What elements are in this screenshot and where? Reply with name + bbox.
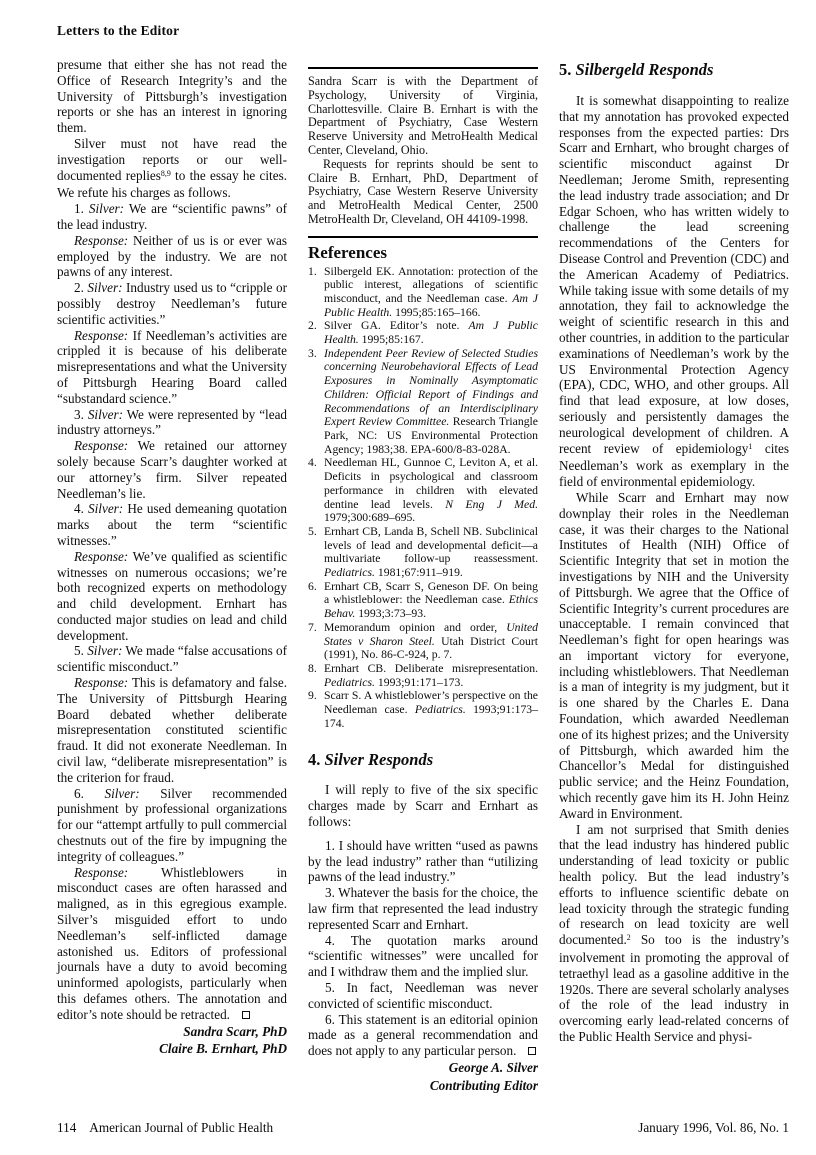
paragraph: 6. This statement is an editorial opinio… [308,1012,538,1059]
journal-page: Letters to the Editor presume that eithe… [0,0,816,1155]
footer-issue: January 1996, Vol. 86, No. 1 [638,1120,789,1136]
reference-item: 2.Silver GA. Editor’s note. Am J Public … [308,319,538,346]
text-run: This is defamatory and false. The Univer… [57,675,287,785]
reference-item: 4.Needleman HL, Gunnoe C, Leviton A, et … [308,456,538,525]
text-run: 3. [74,407,88,422]
text-run: 1993;3:73–93. [355,607,426,620]
signature: Sandra Scarr, PhD [57,1023,287,1041]
text-run: 1995;85:167. [359,333,424,346]
text-run: Silver: [87,643,122,658]
reference-number: 9. [308,689,324,703]
text-run: Silbergeld EK. Annotation: protection of… [324,265,538,305]
signature: Contributing Editor [308,1077,538,1095]
text-run: 4. The quotation marks around “scientifi… [308,933,538,980]
reference-item: 3.Independent Peer Review of Selected St… [308,347,538,457]
paragraph: 1. I should have written “used as pawns … [308,838,538,885]
text-run: Response: [74,549,128,564]
page-footer: 114American Journal of Public Health Jan… [57,1120,789,1136]
text-run: Silver: [104,786,139,801]
running-head: Letters to the Editor [57,23,179,39]
text-run: 6. This statement is an editorial opinio… [308,1012,538,1059]
text-run: presume that either she has not read the… [57,57,287,135]
paragraph: I am not surprised that Smith denies tha… [559,822,789,1045]
paragraph: 6. Silver: Silver recommended punishment… [57,786,287,865]
text-run: Ernhart CB, Landa B, Schell NB. Subclini… [324,525,538,565]
text-run: 6. [74,786,104,801]
text-run: 1993;91:171–173. [375,676,463,689]
text-run: I am not surprised that Smith denies tha… [559,822,789,948]
paragraph: 3. Whatever the basis for the choice, th… [308,885,538,932]
affiliation-box: Sandra Scarr is with the Department of P… [308,67,538,238]
text-run: 8,9 [161,169,171,178]
text-run: Whistleblowers in misconduct cases are o… [57,865,287,1022]
reference-item: 5.Ernhart CB, Landa B, Schell NB. Subcli… [308,525,538,580]
text-run: So too is the industry’s involvement in … [559,932,789,1044]
text-run: Ernhart CB, Scarr S, Geneson DF. On bein… [324,580,538,607]
signature: George A. Silver [308,1059,538,1077]
text-run: N Eng J Med. [445,498,538,511]
paragraph: Requests for reprints should be sent to … [308,158,538,227]
paragraph: 3. Silver: We were represented by “lead … [57,407,287,439]
reference-number: 6. [308,580,324,594]
paragraph: Sandra Scarr is with the Department of P… [308,75,538,158]
column-3-silbergeld-responds: 5. Silbergeld RespondsIt is somewhat dis… [559,57,789,1094]
reference-item: 1.Silbergeld EK. Annotation: protection … [308,265,538,320]
footer-left: 114American Journal of Public Health [57,1120,273,1136]
paragraph: Response: This is defamatory and false. … [57,675,287,786]
paragraph: presume that either she has not read the… [57,57,287,136]
text-run: Response: [74,233,128,248]
reference-item: 8.Ernhart CB. Deliberate misrepresentati… [308,662,538,689]
paragraph: Response: If Needleman’s activities are … [57,328,287,407]
end-of-letter-box-icon [242,1011,250,1019]
reference-item: 6.Ernhart CB, Scarr S, Geneson DF. On be… [308,580,538,621]
text-run: 2. [74,280,87,295]
reference-number: 4. [308,456,324,470]
paragraph: 5. In fact, Needleman was never convicte… [308,980,538,1012]
reference-item: 9.Scarr S. A whistleblower’s perspective… [308,689,538,730]
text-run: Contributing Editor [430,1078,538,1093]
paragraph: I will reply to five of the six specific… [308,782,538,829]
reference-number: 7. [308,621,324,635]
text-run: 4. [74,501,88,516]
section-heading: 5. Silbergeld Responds [559,60,789,80]
text-run: 2 [627,933,631,942]
text-run: Claire B. Ernhart, PhD [159,1041,287,1056]
text-run: Silver GA. Editor’s note. [324,319,469,332]
reference-number: 3. [308,347,324,361]
paragraph: 4. Silver: He used demeaning quotation m… [57,501,287,548]
reference-item: 7.Memorandum opinion and order, United S… [308,621,538,662]
page-number: 114 [57,1120,76,1135]
text-run: Sandra Scarr, PhD [183,1024,287,1039]
reference-number: 1. [308,265,324,279]
silver-responds-section: 4. Silver RespondsI will reply to five o… [308,750,538,1094]
end-of-letter-box-icon [528,1047,536,1055]
text-run: Sandra Scarr is with the Department of P… [308,74,538,157]
paragraph: 5. Silver: We made “false accusations of… [57,643,287,675]
text-run: Silver Responds [325,750,434,769]
paragraph: 2. Silver: Industry used us to “cripple … [57,280,287,327]
text-run: Pediatrics. [415,703,466,716]
text-run: Pediatrics. [324,676,375,689]
text-run: Response: [74,438,128,453]
text-run: 5. In fact, Needleman was never convicte… [308,980,538,1011]
reference-number: 2. [308,319,324,333]
text-run: Memorandum opinion and order, [324,621,506,634]
text-run: Response: [74,328,128,343]
references-title: References [308,245,538,261]
section-heading: 4. Silver Responds [308,750,538,770]
paragraph: Response: We’ve qualified as scientific … [57,549,287,644]
paragraph: It is somewhat disappointing to realize … [559,93,789,490]
text-run: Pediatrics. [324,566,375,579]
reference-number: 5. [308,525,324,539]
journal-name: American Journal of Public Health [89,1120,273,1135]
three-column-body: presume that either she has not read the… [57,57,790,1094]
text-run: 1995;85:165–166. [392,306,480,319]
paragraph: Response: Neither of us is or ever was e… [57,233,287,280]
text-run: 5. [74,643,87,658]
paragraph: While Scarr and Ernhart may now downplay… [559,490,789,822]
text-run: Response: [74,675,128,690]
text-run: 1 [748,442,752,451]
text-run: 1. [74,201,89,216]
text-run: 4. [308,750,325,769]
column-1-scarr-ernhart-letter: presume that either she has not read the… [57,57,287,1094]
column-2: Sandra Scarr is with the Department of P… [308,57,538,1094]
paragraph: Response: Whistleblowers in misconduct c… [57,865,287,1023]
reference-list: 1.Silbergeld EK. Annotation: protection … [308,265,538,731]
paragraph: Silver must not have read the investigat… [57,136,287,201]
text-run: Requests for reprints should be sent to … [308,157,538,226]
paragraph: 1. Silver: We are “scientific pawns” of … [57,201,287,233]
text-run: Silver: [89,201,124,216]
text-run: Silver: [88,501,123,516]
reference-number: 8. [308,662,324,676]
paragraph: Response: We retained our attorney solel… [57,438,287,501]
text-run: Ernhart CB. Deliberate misrepresentation… [324,662,538,675]
text-run: While Scarr and Ernhart may now downplay… [559,490,789,821]
text-run: George A. Silver [449,1060,538,1075]
text-run: Response: [74,865,128,880]
text-run: It is somewhat disappointing to realize … [559,93,789,456]
text-run: Silbergeld Responds [576,60,714,79]
text-run: 3. Whatever the basis for the choice, th… [308,885,538,932]
text-run: 5. [559,60,576,79]
text-run: 1979;300:689–695. [324,511,415,524]
text-run: Silver: [87,280,122,295]
text-run: Silver: [88,407,123,422]
paragraph: 4. The quotation marks around “scientifi… [308,933,538,980]
text-run: 1981;67:911–919. [375,566,463,579]
text-run: 1. I should have written “used as pawns … [308,838,538,885]
signature: Claire B. Ernhart, PhD [57,1040,287,1058]
text-run: I will reply to five of the six specific… [308,782,538,829]
